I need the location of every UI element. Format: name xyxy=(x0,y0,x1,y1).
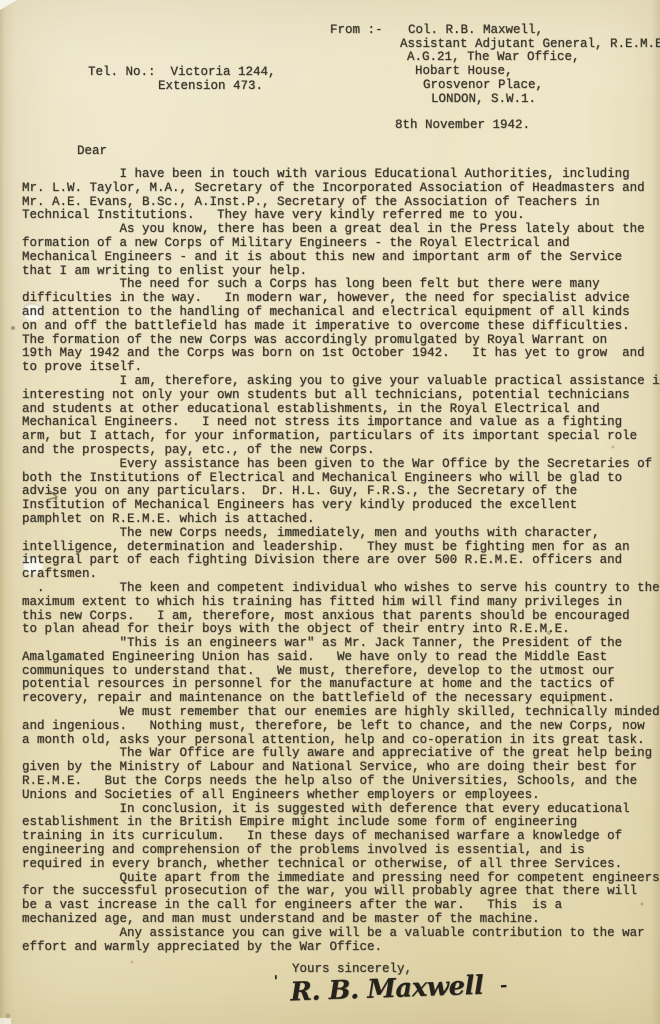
typed-line: Grosvenor Place, xyxy=(423,79,660,93)
typed-line: As you know, there has been a great deal… xyxy=(22,223,660,237)
typed-line: We must remember that our enemies are hi… xyxy=(22,706,660,720)
typed-line: given by the Ministry of Labour and Nati… xyxy=(22,761,660,775)
typed-line: and attention to the handling of mechani… xyxy=(22,306,660,320)
telephone-block: Tel. No.: Victoria 1244,Extension 473. xyxy=(88,66,276,94)
typed-line: LONDON, S.W.1. xyxy=(431,93,660,107)
typed-line: training in its curriculum. In these day… xyxy=(22,830,660,844)
typed-line: required in every branch, whether techni… xyxy=(22,858,660,872)
typed-line: Col. R.B. Maxwell, xyxy=(408,24,660,38)
typed-line: I am, therefore, asking you to give your… xyxy=(22,375,660,389)
scan-corner-top-left xyxy=(0,0,17,10)
typed-line: "This is an engineers war" as Mr. Jack T… xyxy=(22,637,660,651)
typed-line: pamphlet on R.E.M.E. which is attached. xyxy=(22,513,660,527)
typed-line: engineering and comprehension of the pro… xyxy=(22,844,660,858)
typed-line: Extension 473. xyxy=(158,80,276,94)
typed-line: I have been in touch with various Educat… xyxy=(22,168,660,182)
typed-line: . The keen and competent individual who … xyxy=(22,582,660,596)
typed-line: and the prospects, pay, etc., of the new… xyxy=(22,444,660,458)
typed-line: mechanized age, and man must understand … xyxy=(22,913,660,927)
letter-date: 8th November 1942. xyxy=(395,119,530,133)
letter-body: I have been in touch with various Educat… xyxy=(22,168,660,954)
typed-line: be a vast increase in the call for engin… xyxy=(22,899,660,913)
typed-line: Amalgamated Engineering Union has said. … xyxy=(22,651,660,665)
typed-line: formation of a new Corps of Military Eng… xyxy=(22,237,660,251)
typed-line: and ingenious. Nothing must, therefore, … xyxy=(22,720,660,734)
typed-line: Mechanical Engineers - and it is about t… xyxy=(22,251,660,265)
typed-line: Any assistance you can give will be a va… xyxy=(22,927,660,941)
from-label: From :- xyxy=(330,24,383,38)
typed-line: Unions and Societies of all Engineers wh… xyxy=(22,789,660,803)
sender-address: Col. R.B. Maxwell,Assistant Adjutant Gen… xyxy=(400,24,660,106)
salutation: Dear xyxy=(77,145,107,159)
paper-specks xyxy=(0,0,2,2)
letter-page: > ˇ Tel. No.: Victoria 1244,Extension 47… xyxy=(0,0,660,1024)
typed-line: Hobart House, xyxy=(415,65,660,79)
typed-line: arm, but I attach, for your information,… xyxy=(22,430,660,444)
typed-line: craftsmen. xyxy=(22,568,660,582)
typed-line: difficulties in the way. In modern war, … xyxy=(22,292,660,306)
typed-line: The new Corps needs, immediately, men an… xyxy=(22,527,660,541)
typed-line: interesting not only your own students b… xyxy=(22,389,660,403)
scan-corner-bottom-left xyxy=(0,1018,11,1024)
typed-line: maximum extent to which his training has… xyxy=(22,596,660,610)
typed-line: Tel. No.: Victoria 1244, xyxy=(88,66,276,80)
signature-ink-tick: ' xyxy=(273,972,278,990)
typed-line: Mr. L.W. Taylor, M.A., Secretary of the … xyxy=(22,182,660,196)
typed-line: recovery, repair and maintenance on the … xyxy=(22,692,660,706)
signature: ' R. B. Maxwell - xyxy=(273,964,508,1008)
signature-name: R. B. Maxwell xyxy=(290,971,484,1008)
signature-trailing-dash: - xyxy=(500,975,508,996)
typed-line: effort and warmly appreciated by the War… xyxy=(22,941,660,955)
typed-line: Institution of Mechanical Engineers has … xyxy=(22,499,660,513)
typed-line: Every assistance has been given to the W… xyxy=(22,458,660,472)
typed-line: R.E.M.E. But the Corps needs the help al… xyxy=(22,775,660,789)
typed-line: on and off the battlefield has made it i… xyxy=(22,320,660,334)
typed-line: integral part of each fighting Division … xyxy=(22,554,660,568)
typed-line: to prove itself. xyxy=(22,361,660,375)
